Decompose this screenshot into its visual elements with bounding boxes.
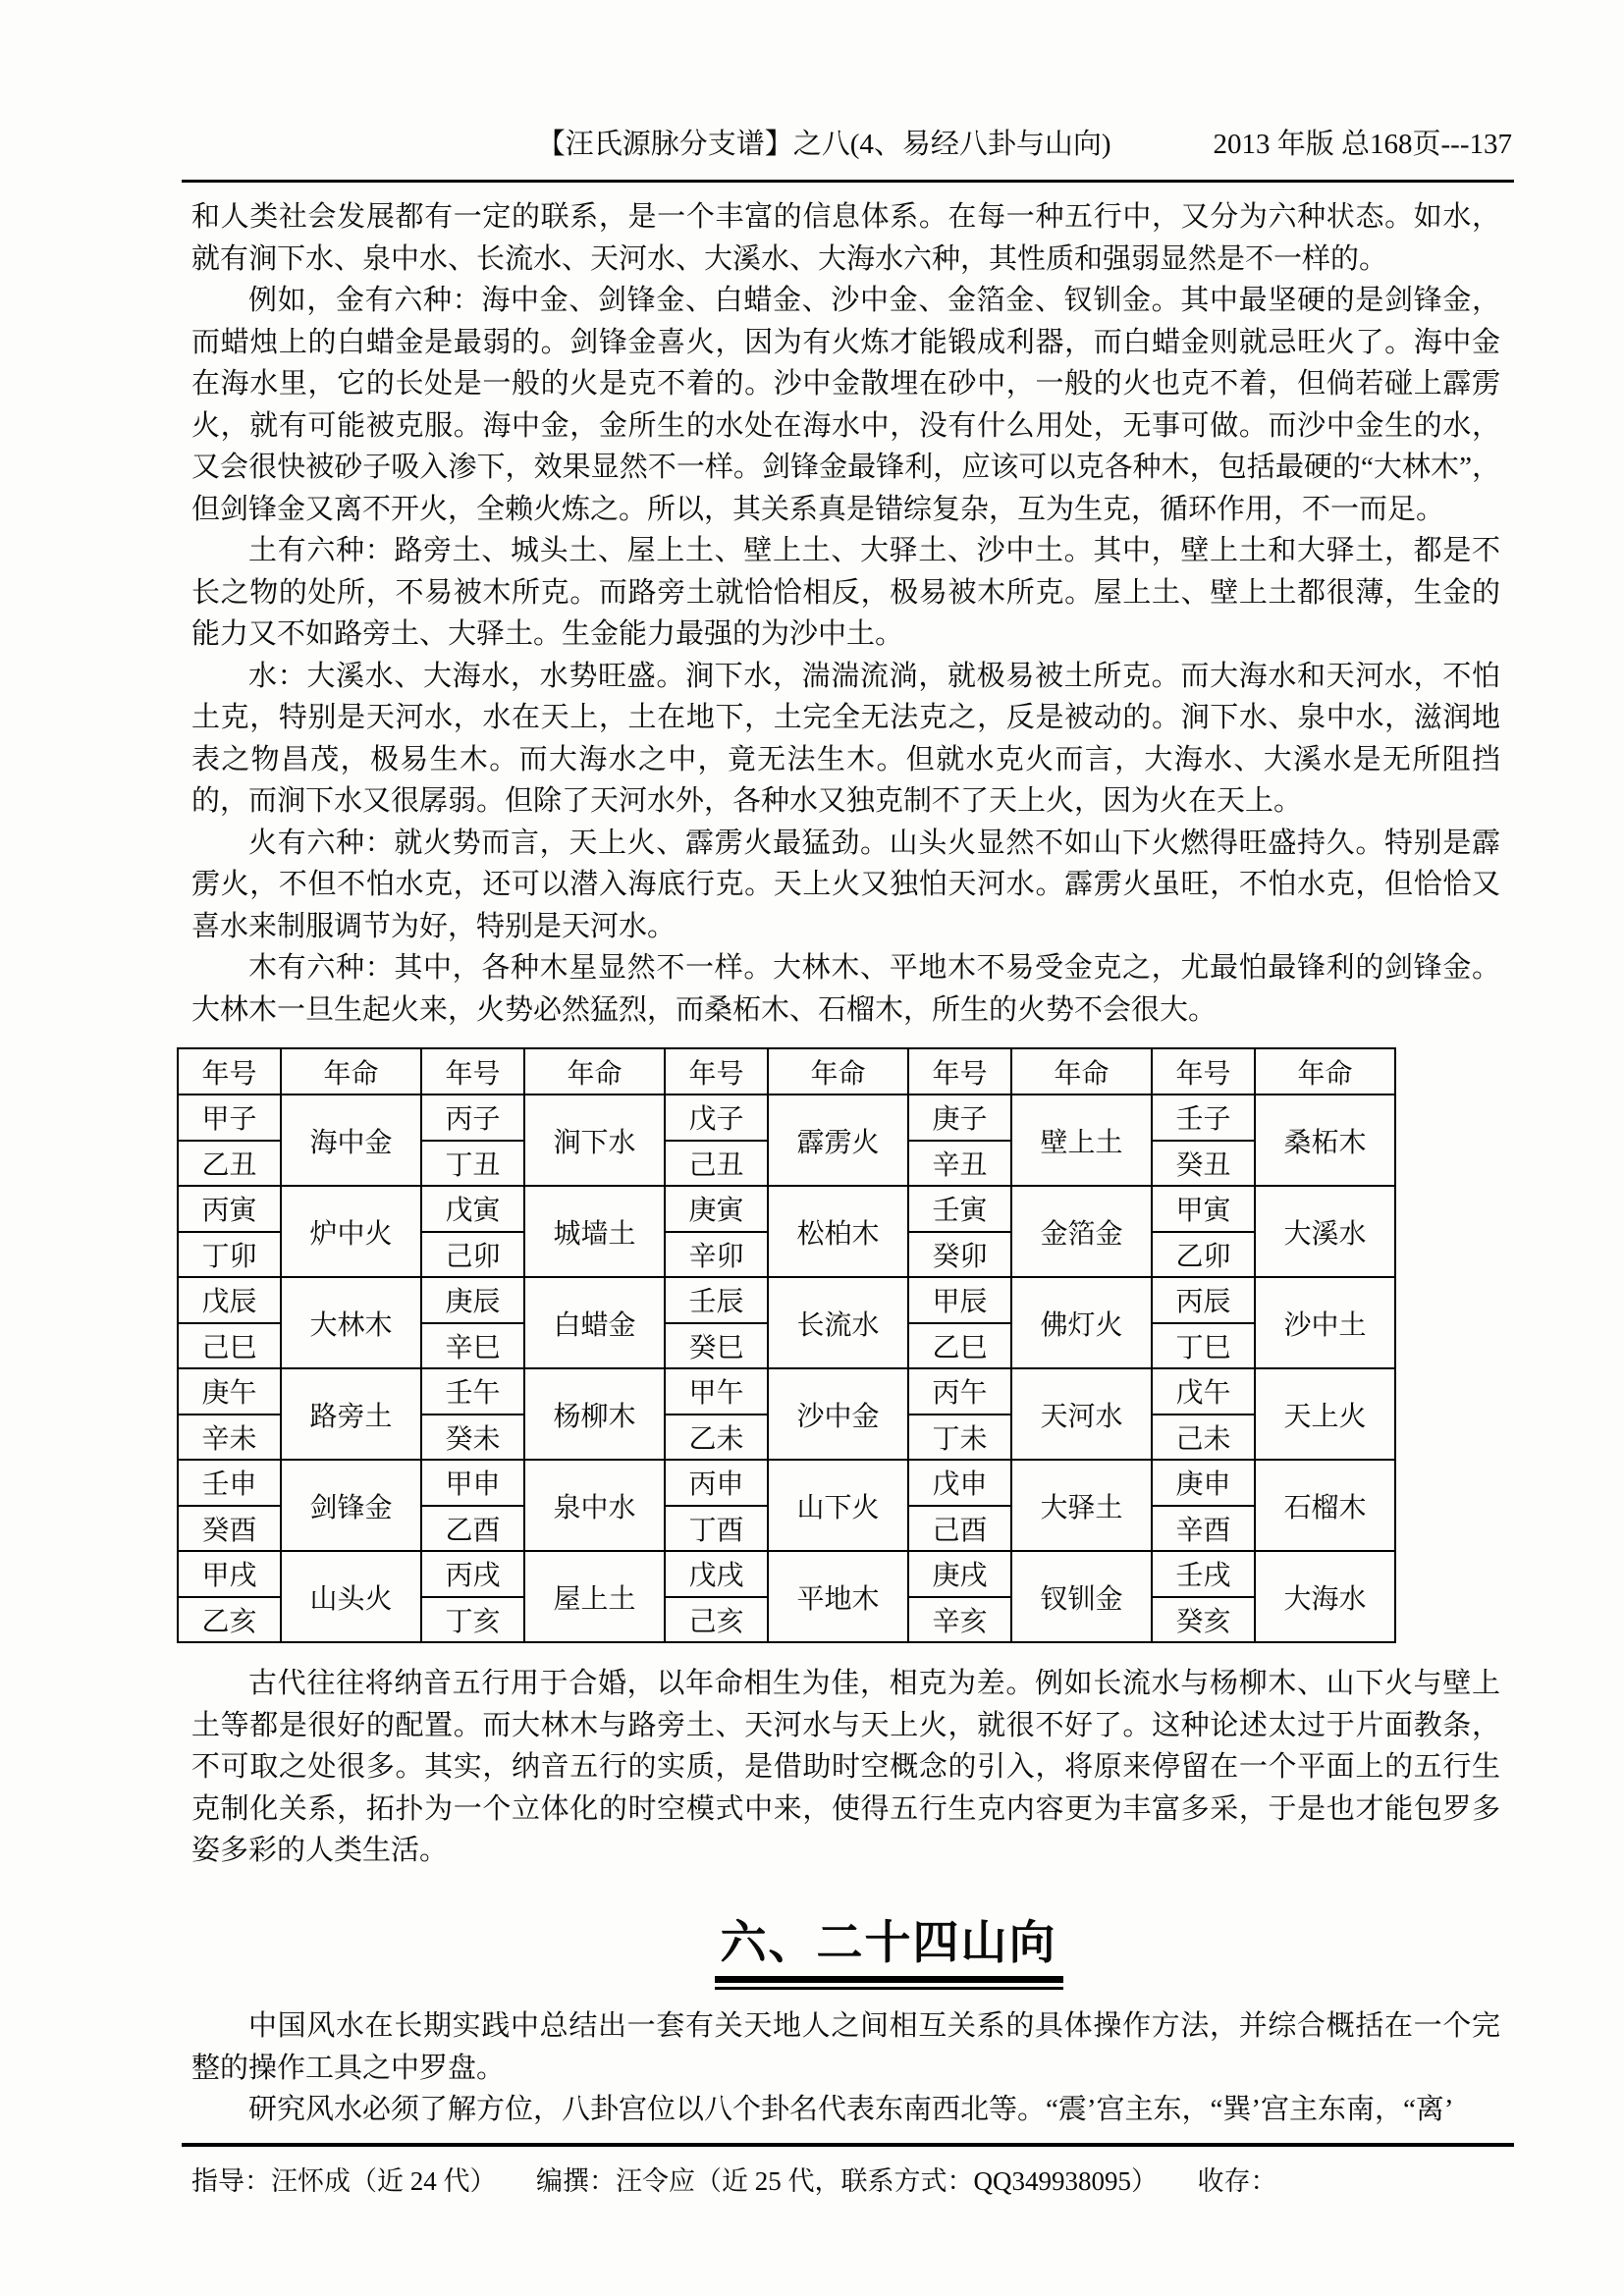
year-cell: 乙卯: [1152, 1232, 1255, 1278]
ming-cell: 佛灯火: [1011, 1277, 1152, 1368]
year-cell: 丙辰: [1152, 1277, 1255, 1323]
year-cell: 辛卯: [665, 1232, 768, 1278]
paragraph: 土有六种：路旁土、城头土、屋上土、壁上土、大驿土、沙中土。其中，壁上土和大驿土，…: [191, 530, 1500, 656]
paragraph: 研究风水必须了解方位，八卦宫位以八个卦名代表东南西北等。“震’宫主东，“巽’宫主…: [191, 2089, 1500, 2131]
year-cell: 庚辰: [421, 1277, 524, 1323]
ming-cell: 山头火: [281, 1551, 421, 1642]
table-header-cell: 年命: [1011, 1048, 1152, 1095]
year-cell: 甲寅: [1152, 1186, 1255, 1232]
table-header-cell: 年号: [665, 1048, 768, 1095]
year-cell: 丁未: [908, 1415, 1011, 1461]
ming-cell: 大林木: [281, 1277, 421, 1368]
ming-cell: 钗钏金: [1011, 1551, 1152, 1642]
year-cell: 庚寅: [665, 1186, 768, 1232]
year-cell: 庚子: [908, 1095, 1011, 1141]
after-table-paragraphs: 古代往往将纳音五行用于合婚，以年命相生为佳，相克为差。例如长流水与杨柳木、山下火…: [191, 1663, 1500, 1872]
year-cell: 丙戌: [421, 1551, 524, 1597]
ming-cell: 剑锋金: [281, 1460, 421, 1551]
year-cell: 丁酉: [665, 1506, 768, 1552]
year-cell: 己巳: [178, 1323, 281, 1369]
ming-cell: 霹雳火: [768, 1095, 908, 1186]
year-cell: 乙亥: [178, 1597, 281, 1643]
year-cell: 丁巳: [1152, 1323, 1255, 1369]
year-cell: 壬寅: [908, 1186, 1011, 1232]
year-cell: 乙丑: [178, 1141, 281, 1187]
section-paragraphs: 中国风水在长期实践中总结出一套有关天地人之间相互关系的具体操作方法，并综合概括在…: [191, 2005, 1500, 2131]
table-header-cell: 年号: [908, 1048, 1011, 1095]
ming-cell: 杨柳木: [524, 1368, 665, 1460]
paragraph: 火有六种：就火势而言，天上火、霹雳火最猛劲。山头火显然不如山下火燃得旺盛持久。特…: [191, 823, 1500, 948]
ming-cell: 天上火: [1255, 1368, 1395, 1460]
table-header-cell: 年号: [421, 1048, 524, 1095]
ming-cell: 天河水: [1011, 1368, 1152, 1460]
year-cell: 壬子: [1152, 1095, 1255, 1141]
body-paragraphs: 和人类社会发展都有一定的联系，是一个丰富的信息体系。在每一种五行中，又分为六种状…: [191, 196, 1500, 1031]
year-cell: 戊申: [908, 1460, 1011, 1506]
year-cell: 癸未: [421, 1415, 524, 1461]
year-cell: 丁丑: [421, 1141, 524, 1187]
year-cell: 甲子: [178, 1095, 281, 1141]
year-cell: 己亥: [665, 1597, 768, 1643]
ming-cell: 沙中金: [768, 1368, 908, 1460]
ming-cell: 长流水: [768, 1277, 908, 1368]
footer-rule: [182, 2143, 1514, 2147]
section-heading: 六、二十四山向: [715, 1916, 1063, 1983]
table-header-cell: 年命: [1255, 1048, 1395, 1095]
year-cell: 丁卯: [178, 1232, 281, 1278]
year-cell: 甲申: [421, 1460, 524, 1506]
table-header-cell: 年号: [178, 1048, 281, 1095]
year-cell: 戊寅: [421, 1186, 524, 1232]
ming-cell: 金箔金: [1011, 1186, 1152, 1277]
year-cell: 壬申: [178, 1460, 281, 1506]
ming-cell: 桑柘木: [1255, 1095, 1395, 1186]
ming-cell: 壁上土: [1011, 1095, 1152, 1186]
table-header-cell: 年命: [524, 1048, 665, 1095]
year-cell: 癸丑: [1152, 1141, 1255, 1187]
year-cell: 己酉: [908, 1506, 1011, 1552]
ming-cell: 大溪水: [1255, 1186, 1395, 1277]
year-cell: 己未: [1152, 1415, 1255, 1461]
section-heading-underline: 六、二十四山向: [715, 1916, 1063, 1990]
year-cell: 辛酉: [1152, 1506, 1255, 1552]
year-cell: 癸巳: [665, 1323, 768, 1369]
year-cell: 丙寅: [178, 1186, 281, 1232]
table-header-cell: 年命: [281, 1048, 421, 1095]
year-cell: 丙子: [421, 1095, 524, 1141]
year-cell: 壬戌: [1152, 1551, 1255, 1597]
table-header-cell: 年命: [768, 1048, 908, 1095]
year-cell: 丙申: [665, 1460, 768, 1506]
ming-cell: 石榴木: [1255, 1460, 1395, 1551]
nayin-table: 年号年命年号年命年号年命年号年命年号年命甲子海中金丙子涧下水戊子霹雳火庚子壁上土…: [177, 1047, 1396, 1643]
year-cell: 甲午: [665, 1368, 768, 1415]
year-cell: 癸卯: [908, 1232, 1011, 1278]
year-cell: 乙巳: [908, 1323, 1011, 1369]
section-heading-wrap: 六、二十四山向: [0, 1916, 1624, 1990]
ming-cell: 松柏木: [768, 1186, 908, 1277]
ming-cell: 海中金: [281, 1095, 421, 1186]
page-header: 【汪氏源脉分支谱】之八(4、易经八卦与山向)2013 年版 总168页---13…: [0, 127, 1512, 162]
year-cell: 戊子: [665, 1095, 768, 1141]
ming-cell: 路旁土: [281, 1368, 421, 1460]
year-cell: 戊辰: [178, 1277, 281, 1323]
year-cell: 癸酉: [178, 1506, 281, 1552]
ming-cell: 沙中土: [1255, 1277, 1395, 1368]
year-cell: 己丑: [665, 1141, 768, 1187]
ming-cell: 城墙土: [524, 1186, 665, 1277]
year-cell: 辛未: [178, 1415, 281, 1461]
year-cell: 辛丑: [908, 1141, 1011, 1187]
paragraph: 木有六种：其中，各种木星显然不一样。大林木、平地木不易受金克之，尤最怕最锋利的剑…: [191, 947, 1500, 1031]
header-page-info: 2013 年版 总168页---137: [1214, 129, 1512, 160]
year-cell: 庚申: [1152, 1460, 1255, 1506]
header-rule: [182, 180, 1514, 183]
header-title: 【汪氏源脉分支谱】之八(4、易经八卦与山向): [537, 129, 1111, 160]
year-cell: 甲辰: [908, 1277, 1011, 1323]
ming-cell: 白蜡金: [524, 1277, 665, 1368]
year-cell: 壬辰: [665, 1277, 768, 1323]
ming-cell: 平地木: [768, 1551, 908, 1642]
year-cell: 庚戌: [908, 1551, 1011, 1597]
year-cell: 乙未: [665, 1415, 768, 1461]
page-footer: 指导：汪怀成（近 24 代） 编撰：汪令应（近 25 代，联系方式：QQ3499…: [191, 2164, 1512, 2198]
year-cell: 己卯: [421, 1232, 524, 1278]
ming-cell: 泉中水: [524, 1460, 665, 1551]
year-cell: 癸亥: [1152, 1597, 1255, 1643]
ming-cell: 涧下水: [524, 1095, 665, 1186]
ming-cell: 屋上土: [524, 1551, 665, 1642]
paragraph: 中国风水在长期实践中总结出一套有关天地人之间相互关系的具体操作方法，并综合概括在…: [191, 2005, 1500, 2089]
paragraph: 例如，金有六种：海中金、剑锋金、白蜡金、沙中金、金箔金、钗钏金。其中最坚硬的是剑…: [191, 280, 1500, 530]
document-page: 【汪氏源脉分支谱】之八(4、易经八卦与山向)2013 年版 总168页---13…: [0, 0, 1624, 2296]
year-cell: 庚午: [178, 1368, 281, 1415]
ming-cell: 山下火: [768, 1460, 908, 1551]
year-cell: 丙午: [908, 1368, 1011, 1415]
year-cell: 辛亥: [908, 1597, 1011, 1643]
paragraph: 水：大溪水、大海水，水势旺盛。涧下水，湍湍流淌，就极易被土所克。而大海水和天河水…: [191, 656, 1500, 823]
year-cell: 辛巳: [421, 1323, 524, 1369]
ming-cell: 炉中火: [281, 1186, 421, 1277]
ming-cell: 大海水: [1255, 1551, 1395, 1642]
year-cell: 壬午: [421, 1368, 524, 1415]
year-cell: 戊午: [1152, 1368, 1255, 1415]
table-header-cell: 年号: [1152, 1048, 1255, 1095]
year-cell: 戊戌: [665, 1551, 768, 1597]
year-cell: 丁亥: [421, 1597, 524, 1643]
ming-cell: 大驿土: [1011, 1460, 1152, 1551]
paragraph: 和人类社会发展都有一定的联系，是一个丰富的信息体系。在每一种五行中，又分为六种状…: [191, 196, 1500, 280]
year-cell: 乙酉: [421, 1506, 524, 1552]
paragraph: 古代往往将纳音五行用于合婚，以年命相生为佳，相克为差。例如长流水与杨柳木、山下火…: [191, 1663, 1500, 1872]
year-cell: 甲戌: [178, 1551, 281, 1597]
